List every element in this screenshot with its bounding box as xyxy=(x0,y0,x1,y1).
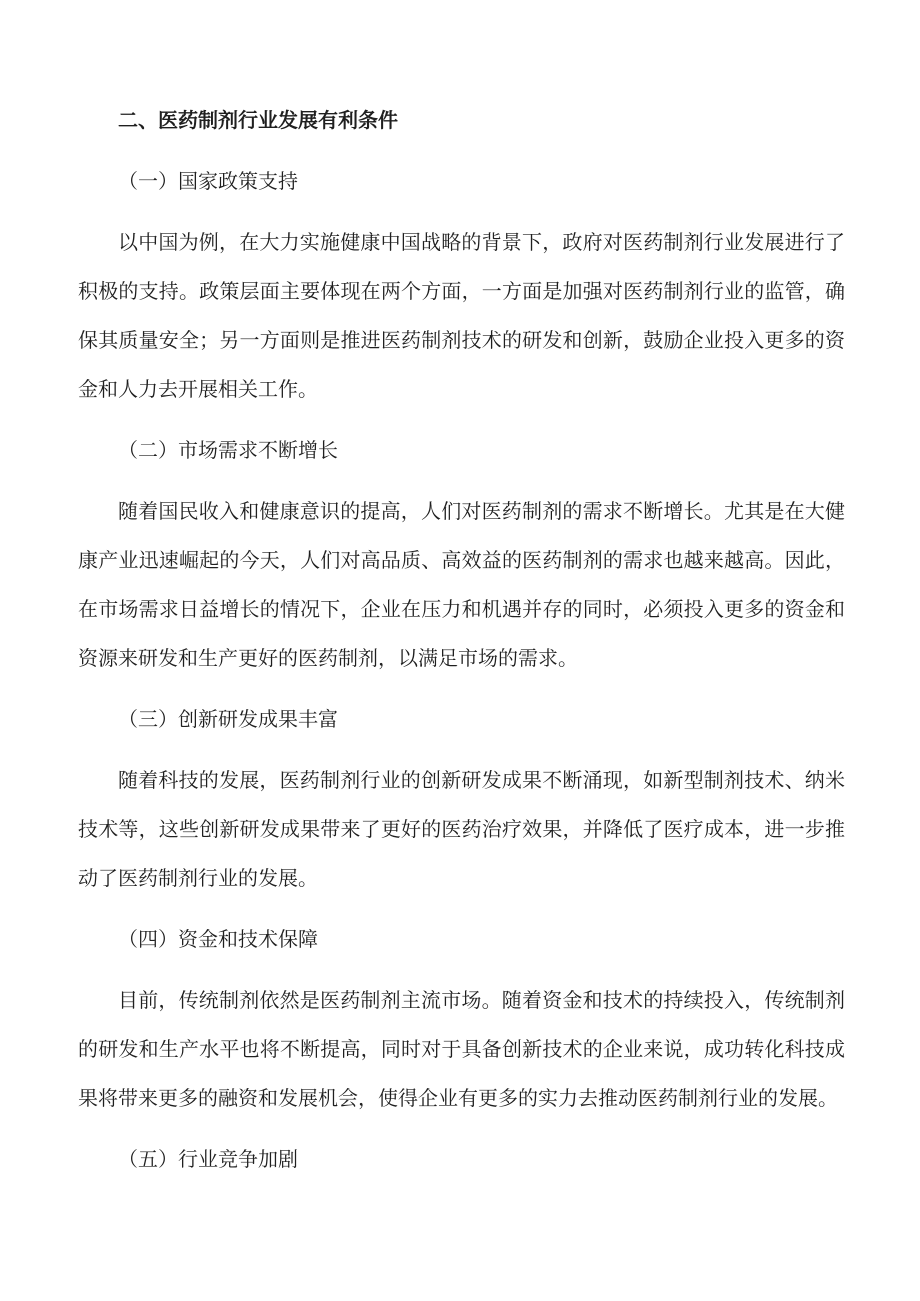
section-heading-2: （二）市场需求不断增长 xyxy=(78,427,845,476)
section-paragraph-2: 随着国民收入和健康意识的提高，人们对医药制剂的需求不断增长。尤其是在大健康产业迅… xyxy=(78,488,845,684)
section-heading-1: （一）国家政策支持 xyxy=(78,158,845,207)
section-heading-5: （五）行业竞争加剧 xyxy=(78,1136,845,1185)
section-heading-3: （三）创新研发成果丰富 xyxy=(78,696,845,745)
section-paragraph-3: 随着科技的发展，医药制剂行业的创新研发成果不断涌现，如新型制剂技术、纳米技术等，… xyxy=(78,757,845,904)
document-title: 二、医药制剂行业发展有利条件 xyxy=(78,97,845,146)
section-heading-4: （四）资金和技术保障 xyxy=(78,916,845,965)
document-page: 二、医药制剂行业发展有利条件 （一）国家政策支持 以中国为例，在大力实施健康中国… xyxy=(0,0,920,1301)
section-paragraph-1: 以中国为例，在大力实施健康中国战略的背景下，政府对医药制剂行业发展进行了积极的支… xyxy=(78,219,845,415)
section-paragraph-4: 目前，传统制剂依然是医药制剂主流市场。随着资金和技术的持续投入，传统制剂的研发和… xyxy=(78,977,845,1124)
